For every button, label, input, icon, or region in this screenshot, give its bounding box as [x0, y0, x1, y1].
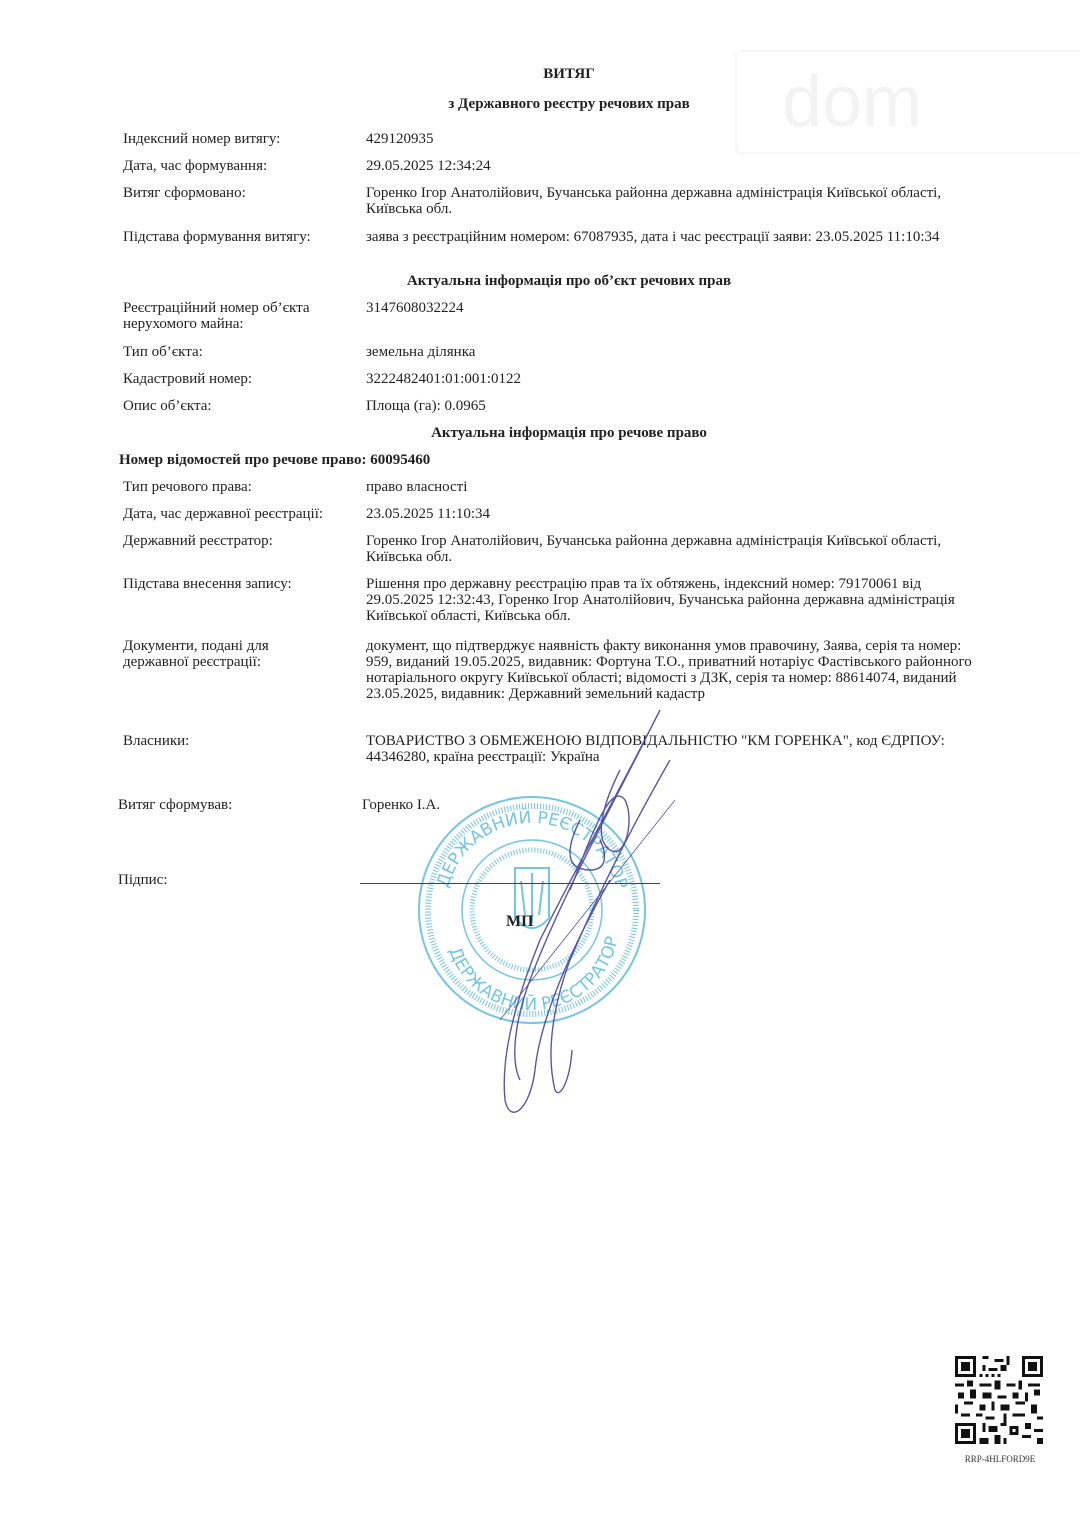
field-value: 3147608032224 [366, 300, 976, 316]
field-value: право власності [366, 479, 976, 495]
section-heading-object: Актуальна інформація про об’єкт речових … [0, 273, 1080, 290]
field-label: Підстава формування витягу: [123, 229, 363, 245]
record-number: Номер відомостей про речове право: 60095… [119, 452, 430, 469]
qr-code-id: RRP-4HLFORD9E [955, 1454, 1045, 1464]
document-subtitle: з Державного реєстру речових прав [0, 96, 1080, 113]
field-value: 29.05.2025 12:34:24 [366, 158, 976, 174]
field-label: Витяг сформував: [118, 797, 358, 813]
field-label: Витяг сформовано: [123, 185, 363, 201]
field-value: Площа (га): 0.0965 [366, 398, 976, 414]
field-label: Власники: [123, 733, 363, 749]
field-value: заява з реєстраційним номером: 67087935,… [366, 229, 976, 245]
qr-code-icon [955, 1356, 1043, 1444]
field-value: Горенко Ігор Анатолійович, Бучанська рай… [366, 533, 976, 565]
handwritten-signature-icon [460, 700, 680, 1130]
field-label: Індексний номер витягу: [123, 131, 363, 147]
field-value: документ, що підтверджує наявність факту… [366, 638, 976, 702]
field-value: 3222482401:01:001:0122 [366, 371, 976, 387]
field-value: Горенко Ігор Анатолійович, Бучанська рай… [366, 185, 976, 217]
field-label: Дата, час державної реєстрації: [123, 506, 363, 522]
field-label: Документи, подані для державної реєстрац… [123, 638, 323, 670]
field-label: Кадастровий номер: [123, 371, 363, 387]
field-label: Реєстраційний номер об’єкта нерухомого м… [123, 300, 348, 332]
field-label: Опис об’єкта: [123, 398, 363, 414]
field-label: Тип речового права: [123, 479, 363, 495]
field-value: 429120935 [366, 131, 976, 147]
section-heading-right: Актуальна інформація про речове право [0, 425, 1080, 442]
field-value: 23.05.2025 11:10:34 [366, 506, 976, 522]
document-title: ВИТЯГ [0, 66, 1080, 83]
field-label: Тип об’єкта: [123, 344, 363, 360]
field-value: Рішення про державну реєстрацію прав та … [366, 576, 976, 624]
field-label: Підстава внесення запису: [123, 576, 363, 592]
field-label: Дата, час формування: [123, 158, 363, 174]
field-value: земельна ділянка [366, 344, 976, 360]
field-label: Підпис: [118, 872, 358, 888]
field-label: Державний реєстратор: [123, 533, 363, 549]
